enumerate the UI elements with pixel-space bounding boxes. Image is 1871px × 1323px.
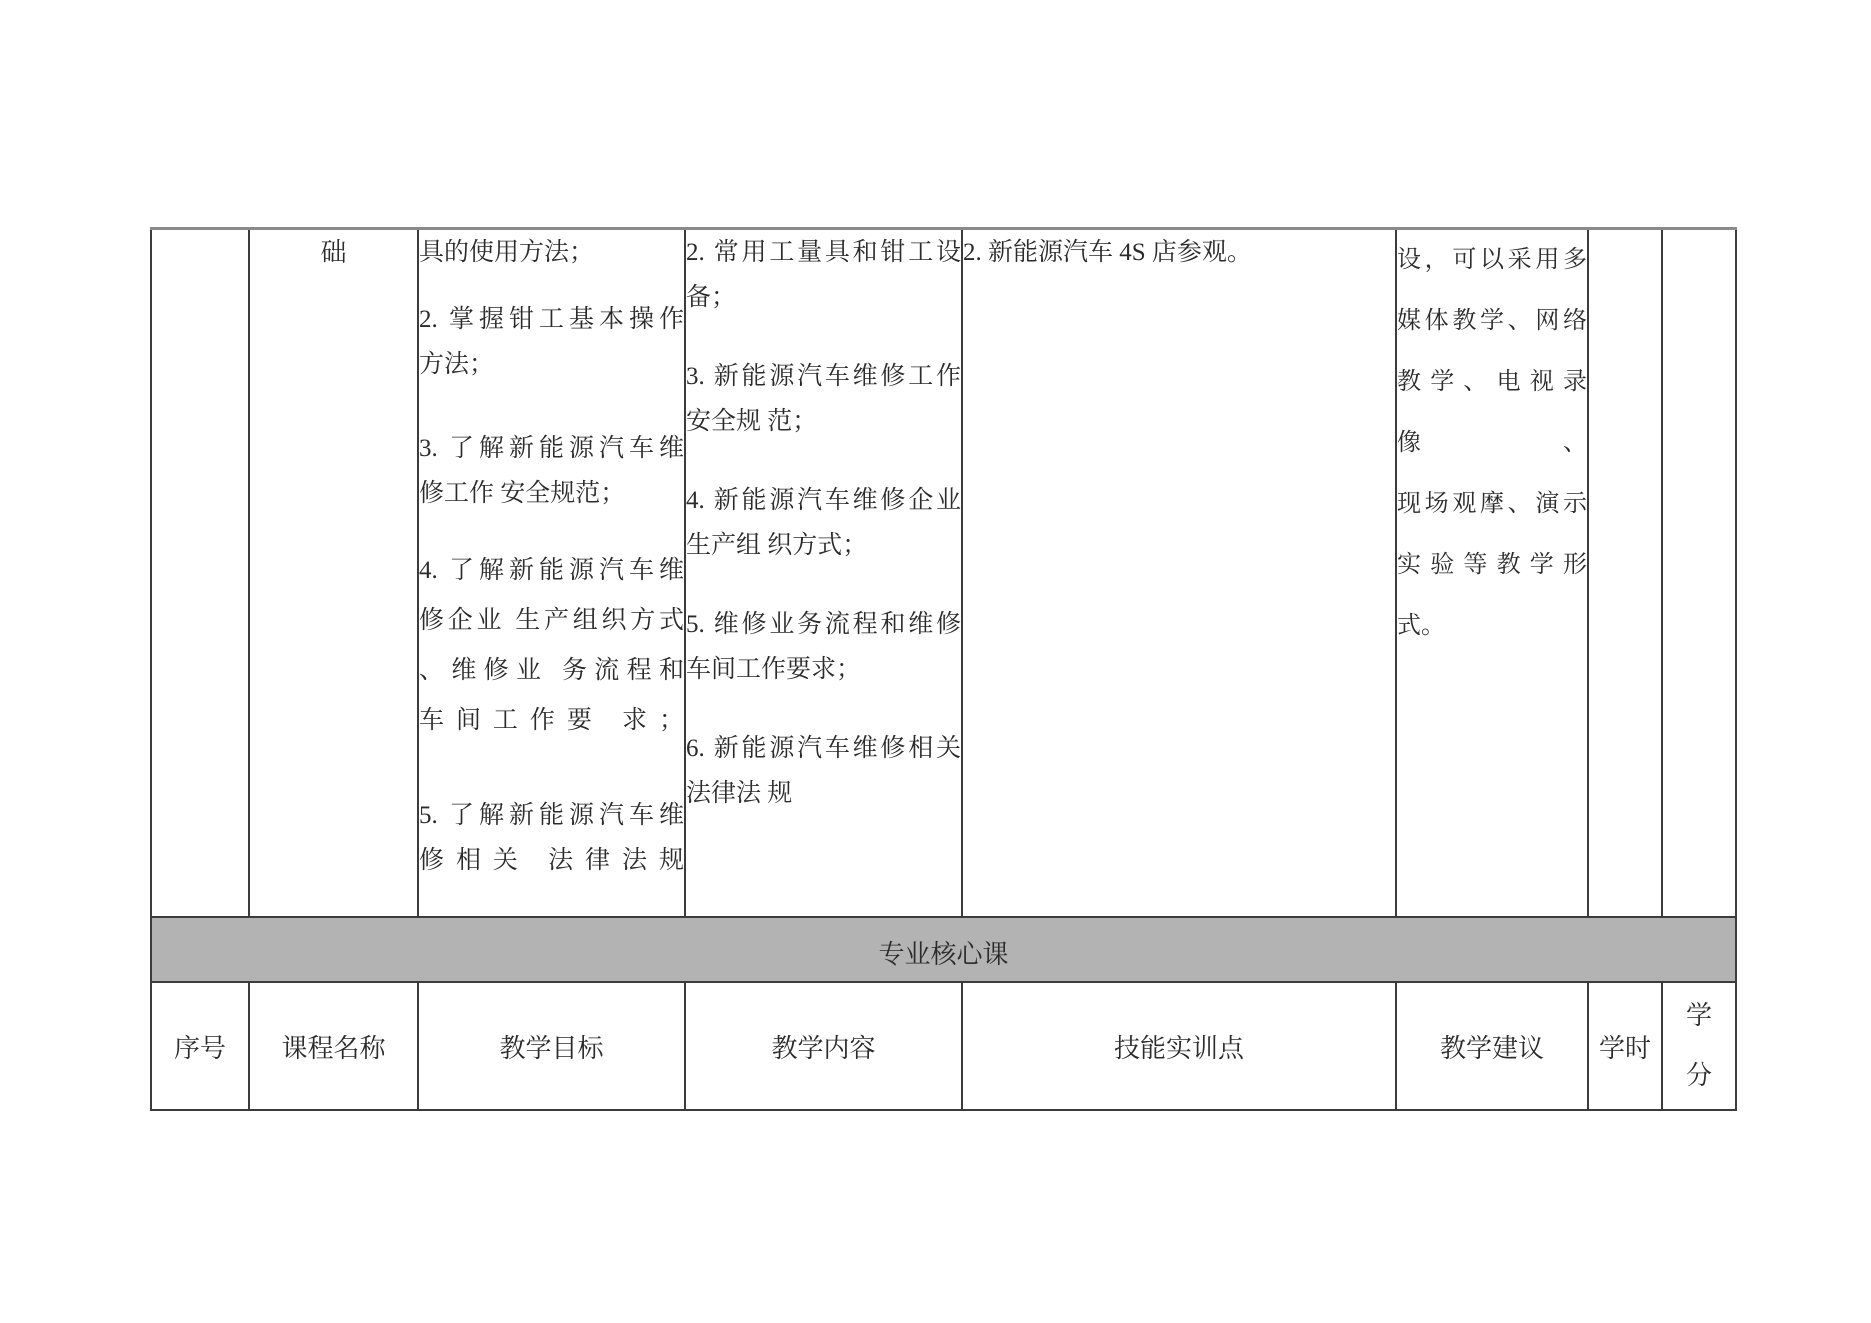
table-row-section-bar: 专业核心课 [151, 917, 1736, 982]
header-seq: 序号 [151, 982, 249, 1110]
cell-skill-training: 2. 新能源汽车 4S 店参观。 [962, 229, 1396, 918]
paragraph: 具的使用方法； [419, 230, 684, 275]
cell-teaching-content: 2. 常用工量具和钳工设 备； 3. 新能源汽车维修工作 安全规 范； 4. 新… [685, 229, 962, 918]
text-line: 修工作 安全规范； [419, 471, 684, 516]
text-line: 媒体教学、网络 [1397, 291, 1587, 352]
text-line: 6. 新能源汽车维修相关 [686, 726, 961, 771]
text-line: 修企业 生产组织方式 [419, 596, 684, 646]
text-line: 安全规 范； [686, 399, 961, 444]
text-line: 现场观摩、演示 [1397, 474, 1587, 535]
section-bar: 专业核心课 [151, 917, 1736, 982]
paragraph: 6. 新能源汽车维修相关 法律法 规 [686, 726, 961, 816]
document-page: { "colors": { "page_bg": "#ffffff", "bar… [0, 0, 1871, 1323]
paragraph: 2. 常用工量具和钳工设 备； [686, 230, 961, 320]
header-teaching-advice: 教学建议 [1396, 982, 1588, 1110]
text-line: 2. 掌握钳工基本操作 [419, 297, 684, 342]
text-line: 教学、电视录像、 [1397, 352, 1587, 474]
text-line: 、维修业 务流程和 [419, 646, 684, 696]
paragraph: 5. 维修业务流程和维修 车间工作要求； [686, 602, 961, 692]
text-line: 4. 新能源汽车维修企业 [686, 478, 961, 523]
header-course-name: 课程名称 [249, 982, 418, 1110]
text-line: 5. 了解新能源汽车维 [419, 793, 684, 838]
text-line: 法律法 规 [686, 771, 961, 816]
cell-credits-empty [1662, 229, 1736, 918]
text-line: 生产组 织方式； [686, 523, 961, 568]
table-row-header: 序号 课程名称 教学目标 教学内容 技能实训点 教学建议 学时 学 分 [151, 982, 1736, 1110]
cell-course-name: 础 [249, 229, 418, 918]
paragraph: 4. 了解新能源汽车维 修企业 生产组织方式 、维修业 务流程和 车间工作要 求… [419, 546, 684, 746]
header-credits-line1: 学 [1663, 986, 1735, 1046]
course-name-tail: 础 [250, 230, 417, 275]
paragraph: 3. 新能源汽车维修工作 安全规 范； [686, 354, 961, 444]
cell-teaching-advice: 设，可以采用多 媒体教学、网络 教学、电视录像、 现场观摩、演示 实验等教学形 … [1396, 229, 1588, 918]
header-teaching-goal: 教学目标 [418, 982, 685, 1110]
text-line: 5. 维修业务流程和维修 [686, 602, 961, 647]
text-line: 车间工作要 求； [419, 696, 684, 746]
header-skill-training: 技能实训点 [962, 982, 1396, 1110]
text-line: 设，可以采用多 [1397, 230, 1587, 291]
table-row-continuation: 础 具的使用方法； 2. 掌握钳工基本操作 方法； 3. 了解新能源汽车维 修工… [151, 229, 1736, 918]
text-line: 4. 了解新能源汽车维 [419, 546, 684, 596]
header-teaching-content: 教学内容 [685, 982, 962, 1110]
paragraph: 2. 掌握钳工基本操作 方法； [419, 297, 684, 387]
text-line: 方法； [419, 342, 684, 387]
curriculum-table: 础 具的使用方法； 2. 掌握钳工基本操作 方法； 3. 了解新能源汽车维 修工… [150, 227, 1737, 1111]
text-line: 具的使用方法； [419, 230, 684, 275]
cell-seq-empty [151, 229, 249, 918]
cell-hours-empty [1588, 229, 1662, 918]
text-line: 3. 新能源汽车维修工作 [686, 354, 961, 399]
text-line: 式。 [1397, 596, 1587, 657]
cell-teaching-goals: 具的使用方法； 2. 掌握钳工基本操作 方法； 3. 了解新能源汽车维 修工作 … [418, 229, 685, 918]
header-credits: 学 分 [1662, 982, 1736, 1110]
text-line: 3. 了解新能源汽车维 [419, 426, 684, 471]
paragraph: 5. 了解新能源汽车维 修相关 法律法规 [419, 793, 684, 883]
text-line: 备； [686, 275, 961, 320]
text-line: 2. 常用工量具和钳工设 [686, 230, 961, 275]
text-line: 车间工作要求； [686, 647, 961, 692]
text-line: 修相关 法律法规 [419, 838, 684, 883]
header-hours: 学时 [1588, 982, 1662, 1110]
section-bar-label: 专业核心课 [152, 918, 1735, 981]
text-line: 实验等教学形 [1397, 535, 1587, 596]
paragraph: 3. 了解新能源汽车维 修工作 安全规范； [419, 426, 684, 516]
text-line: 2. 新能源汽车 4S 店参观。 [963, 230, 1395, 275]
header-credits-line2: 分 [1663, 1046, 1735, 1106]
paragraph: 4. 新能源汽车维修企业 生产组 织方式； [686, 478, 961, 568]
